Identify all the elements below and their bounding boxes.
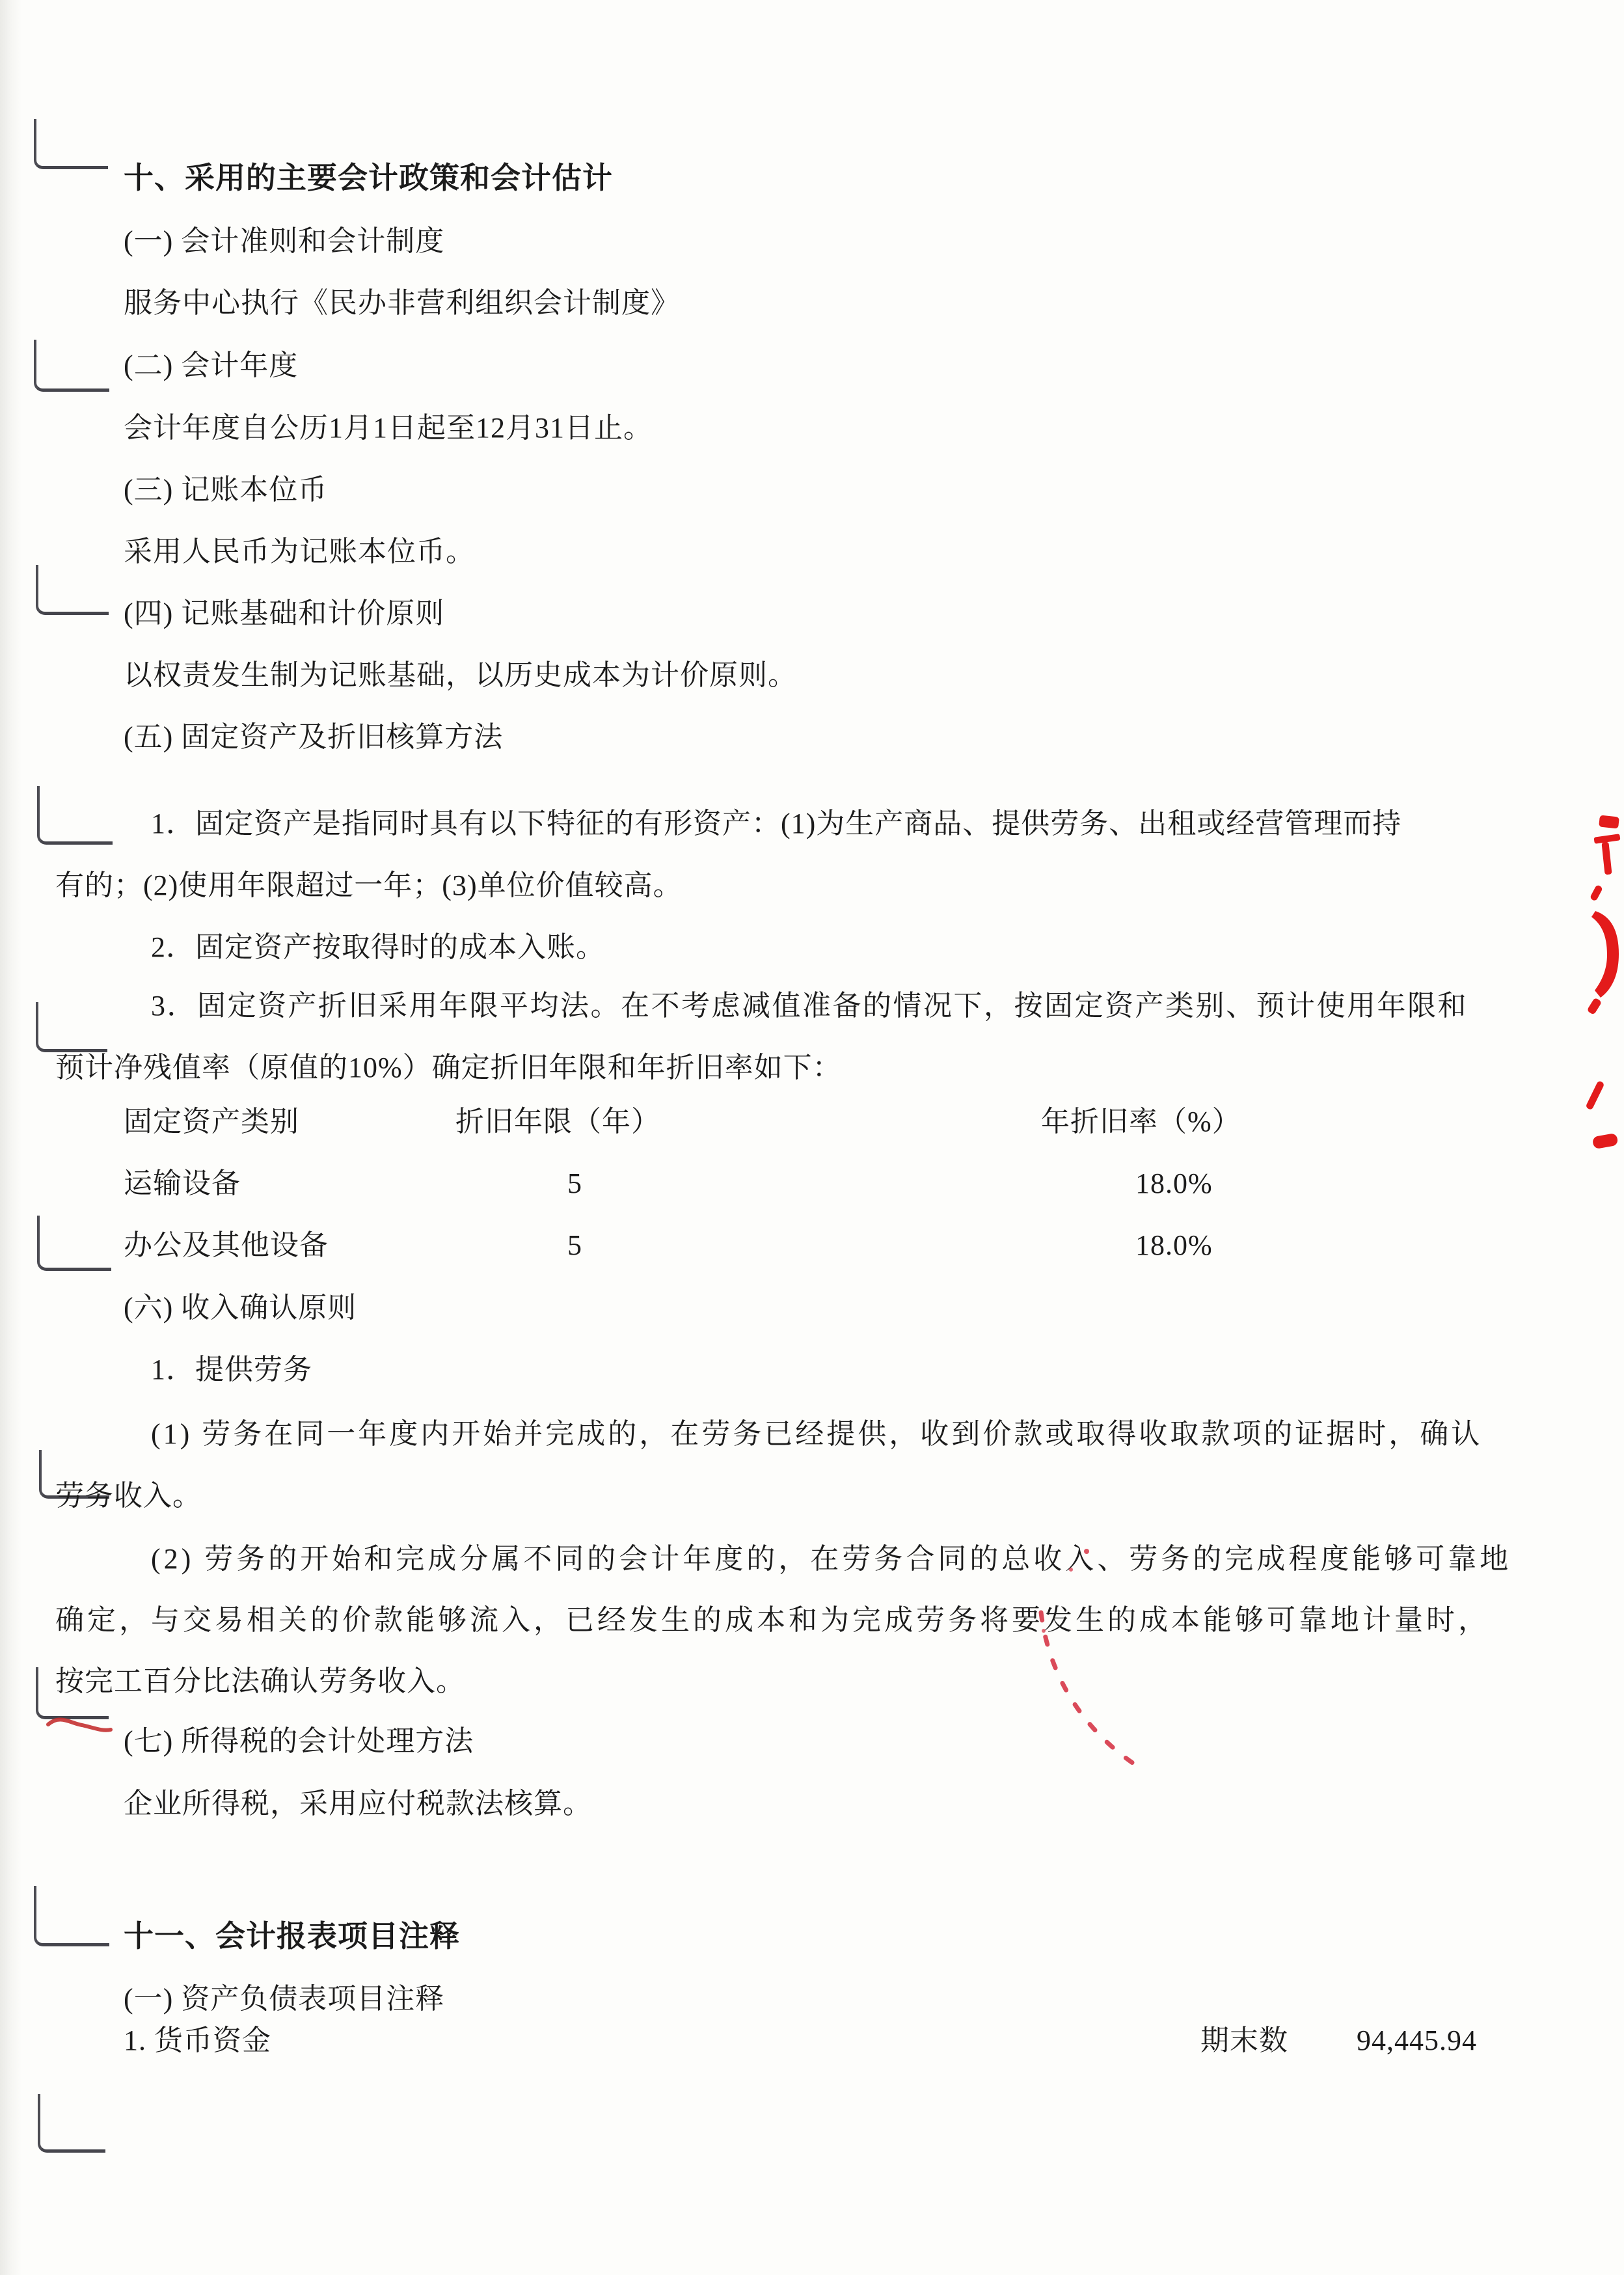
para-balance-sheet-notes-head: (一) 资产负债表项目注释 (124, 1982, 444, 2016)
table-header-rate: 年折旧率（%） (1041, 1105, 1241, 1139)
para-depreciation-method-1: 3．固定资产折旧采用年限平均法。在不考虑减值准备的情况下，按固定资产类别、预计使… (151, 989, 1468, 1023)
para-income-tax-body: 企业所得税，采用应付税款法核算。 (124, 1787, 592, 1821)
para-fiscal-year-head: (二) 会计年度 (124, 349, 298, 383)
table-header-category: 固定资产类别 (124, 1105, 299, 1139)
para-services-head: 1．提供劳务 (151, 1353, 312, 1387)
scanned-accounting-page: 十、采用的主要会计政策和会计估计 (一) 会计准则和会计制度 服务中心执行《民办… (0, 0, 1624, 2275)
para-fixed-assets-head: (五) 固定资产及折旧核算方法 (124, 720, 503, 754)
para-depreciation-method-2: 预计净残值率（原值的10%）确定折旧年限和年折旧率如下： (55, 1051, 842, 1085)
red-pen-squiggle (48, 1719, 111, 1730)
para-fixed-assets-def-1: 1．固定资产是指同时具有以下特征的有形资产：(1)为生产商品、提供劳务、出租或经… (151, 807, 1401, 841)
scanner-edge-shadow (0, 0, 22, 2275)
para-currency-body: 采用人民币为记账本位币。 (124, 535, 475, 569)
binding-mark (34, 1886, 109, 1946)
note-item-monetary-funds: 1. 货币资金 (124, 2024, 271, 2058)
table-cell-years: 5 (567, 1167, 582, 1201)
stamp-edge-fragments (1585, 815, 1620, 1149)
para-revenue-head: (六) 收入确认原则 (124, 1291, 357, 1325)
binding-mark (34, 340, 109, 392)
table-cell-rate: 18.0% (1135, 1167, 1213, 1201)
binding-mark (34, 119, 108, 169)
para-services-1b: 劳务收入。 (55, 1479, 202, 1513)
para-fiscal-year-body: 会计年度自公历1月1日起至12月31日止。 (124, 411, 653, 445)
table-header-years: 折旧年限（年） (455, 1105, 660, 1139)
binding-mark (36, 565, 109, 615)
para-accounting-standards-body: 服务中心执行《民办非营利组织会计制度》 (124, 286, 680, 320)
binding-mark (37, 1216, 111, 1271)
heading-section-10: 十、采用的主要会计政策和会计估计 (124, 161, 613, 195)
note-item-period-end-label: 期末数 (1200, 2024, 1288, 2058)
para-services-2c: 按完工百分比法确认劳务收入。 (55, 1665, 465, 1698)
para-fixed-assets-def-2: 有的；(2)使用年限超过一年；(3)单位价值较高。 (55, 869, 683, 903)
table-cell-years: 5 (567, 1229, 582, 1262)
heading-section-11: 十一、会计报表项目注释 (124, 1920, 460, 1954)
binding-mark (38, 2094, 105, 2153)
binding-mark (36, 1002, 107, 1052)
para-services-1a: (1) 劳务在同一年度内开始并完成的，在劳务已经提供，收到价款或取得收取款项的证… (151, 1417, 1482, 1451)
table-cell-rate: 18.0% (1135, 1229, 1213, 1262)
binding-mark (37, 786, 113, 845)
note-item-period-end-value: 94,445.94 (1357, 2024, 1477, 2058)
para-accounting-standards-head: (一) 会计准则和会计制度 (124, 225, 444, 258)
table-cell-category: 办公及其他设备 (124, 1229, 329, 1262)
para-income-tax-head: (七) 所得税的会计处理方法 (124, 1724, 474, 1758)
para-fixed-assets-cost: 2．固定资产按取得时的成本入账。 (151, 931, 605, 964)
para-basis-head: (四) 记账基础和计价原则 (124, 597, 444, 631)
para-services-2b: 确定，与交易相关的价款能够流入，已经发生的成本和为完成劳务将要发生的成本能够可靠… (55, 1603, 1490, 1637)
para-basis-body: 以权责发生制为记账基础，以历史成本为计价原则。 (124, 659, 797, 692)
para-services-2a: (2) 劳务的开始和完成分属不同的会计年度的，在劳务合同的总收入、劳务的完成程度… (151, 1542, 1511, 1576)
table-cell-category: 运输设备 (124, 1167, 241, 1201)
para-currency-head: (三) 记账本位币 (124, 473, 327, 507)
